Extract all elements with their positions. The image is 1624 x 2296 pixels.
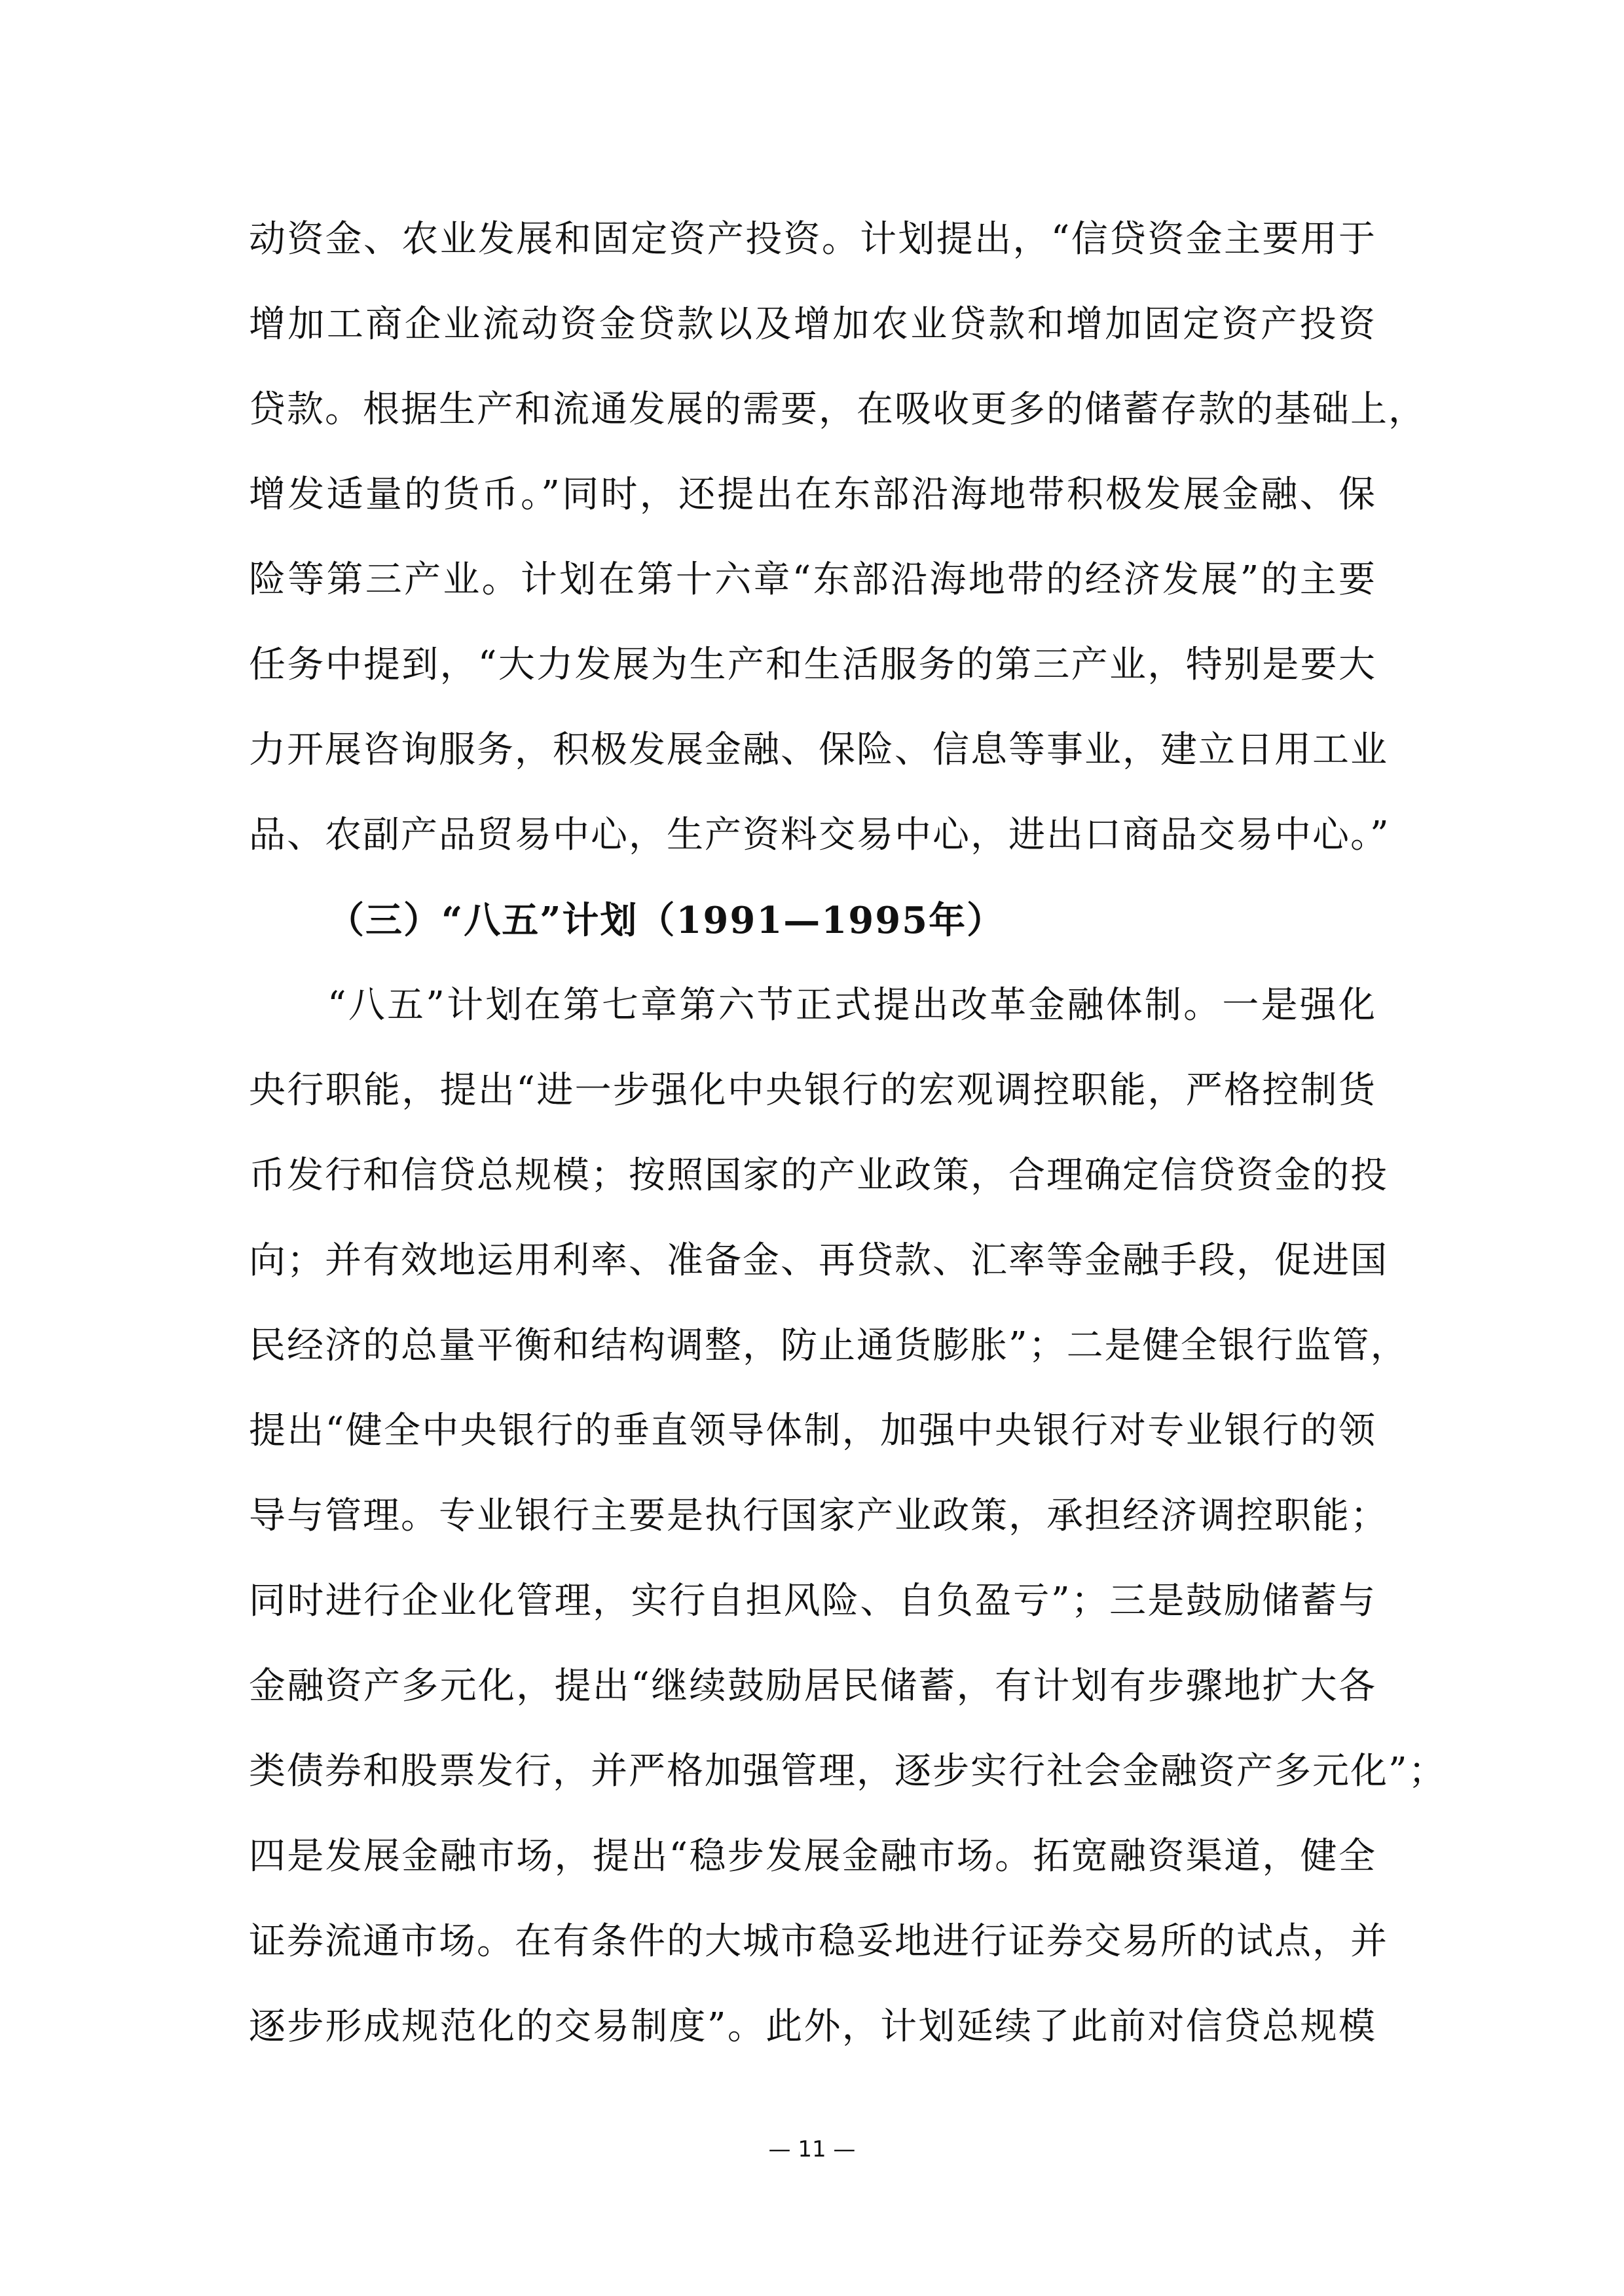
text-line: 逐步形成规范化的交易制度”。此外，计划延续了此前对信贷总规模: [249, 1984, 1376, 2069]
text-line: 金融资产多元化，提出“继续鼓励居民储蓄，有计划有步骤地扩大各: [249, 1644, 1376, 1729]
text-line: 四是发展金融市场，提出“稳步发展金融市场。拓宽融资渠道，健全: [249, 1814, 1376, 1899]
document-page: 动资金、农业发展和固定资产投资。计划提出，“信贷资金主要用于 增加工商企业流动资…: [0, 0, 1624, 2296]
text-line: 动资金、农业发展和固定资产投资。计划提出，“信贷资金主要用于: [249, 197, 1376, 282]
text-line: 向；并有效地运用利率、准备金、再贷款、汇率等金融手段，促进国: [249, 1218, 1376, 1303]
text-line: 力开展咨询服务，积极发展金融、保险、信息等事业，建立日用工业: [249, 708, 1376, 793]
text-line: 增加工商企业流动资金贷款以及增加农业贷款和增加固定资产投资: [249, 282, 1376, 367]
body-text: 动资金、农业发展和固定资产投资。计划提出，“信贷资金主要用于 增加工商企业流动资…: [249, 197, 1376, 2069]
paragraph-first-line: “八五”计划在第七章第六节正式提出改革金融体制。一是强化: [249, 963, 1376, 1048]
page-number: — 11 —: [0, 2133, 1624, 2166]
text-line: 任务中提到，“大力发展为生产和生活服务的第三产业，特别是要大: [249, 623, 1376, 708]
text-line: 央行职能，提出“进一步强化中央银行的宏观调控职能，严格控制货: [249, 1048, 1376, 1133]
text-line: 币发行和信贷总规模；按照国家的产业政策，合理确定信贷资金的投: [249, 1133, 1376, 1218]
text-line: 贷款。根据生产和流通发展的需要，在吸收更多的储蓄存款的基础上，: [249, 367, 1376, 452]
text-line: 民经济的总量平衡和结构调整，防止通货膨胀”；二是健全银行监管，: [249, 1303, 1376, 1389]
text-line: 提出“健全中央银行的垂直领导体制，加强中央银行对专业银行的领: [249, 1389, 1376, 1474]
text-line: 同时进行企业化管理，实行自担风险、自负盈亏”；三是鼓励储蓄与: [249, 1559, 1376, 1644]
text-line: 类债券和股票发行，并严格加强管理，逐步实行社会金融资产多元化”；: [249, 1729, 1376, 1814]
section-heading: （三）“八五”计划（1991—1995年）: [249, 878, 1376, 963]
text-line: 险等第三产业。计划在第十六章“东部沿海地带的经济发展”的主要: [249, 538, 1376, 623]
text-line: 导与管理。专业银行主要是执行国家产业政策，承担经济调控职能；: [249, 1474, 1376, 1559]
text-line: 品、农副产品贸易中心，生产资料交易中心，进出口商品交易中心。”: [249, 793, 1376, 878]
text-line: 增发适量的货币。”同时，还提出在东部沿海地带积极发展金融、保: [249, 452, 1376, 538]
text-line: 证券流通市场。在有条件的大城市稳妥地进行证券交易所的试点，并: [249, 1899, 1376, 1984]
